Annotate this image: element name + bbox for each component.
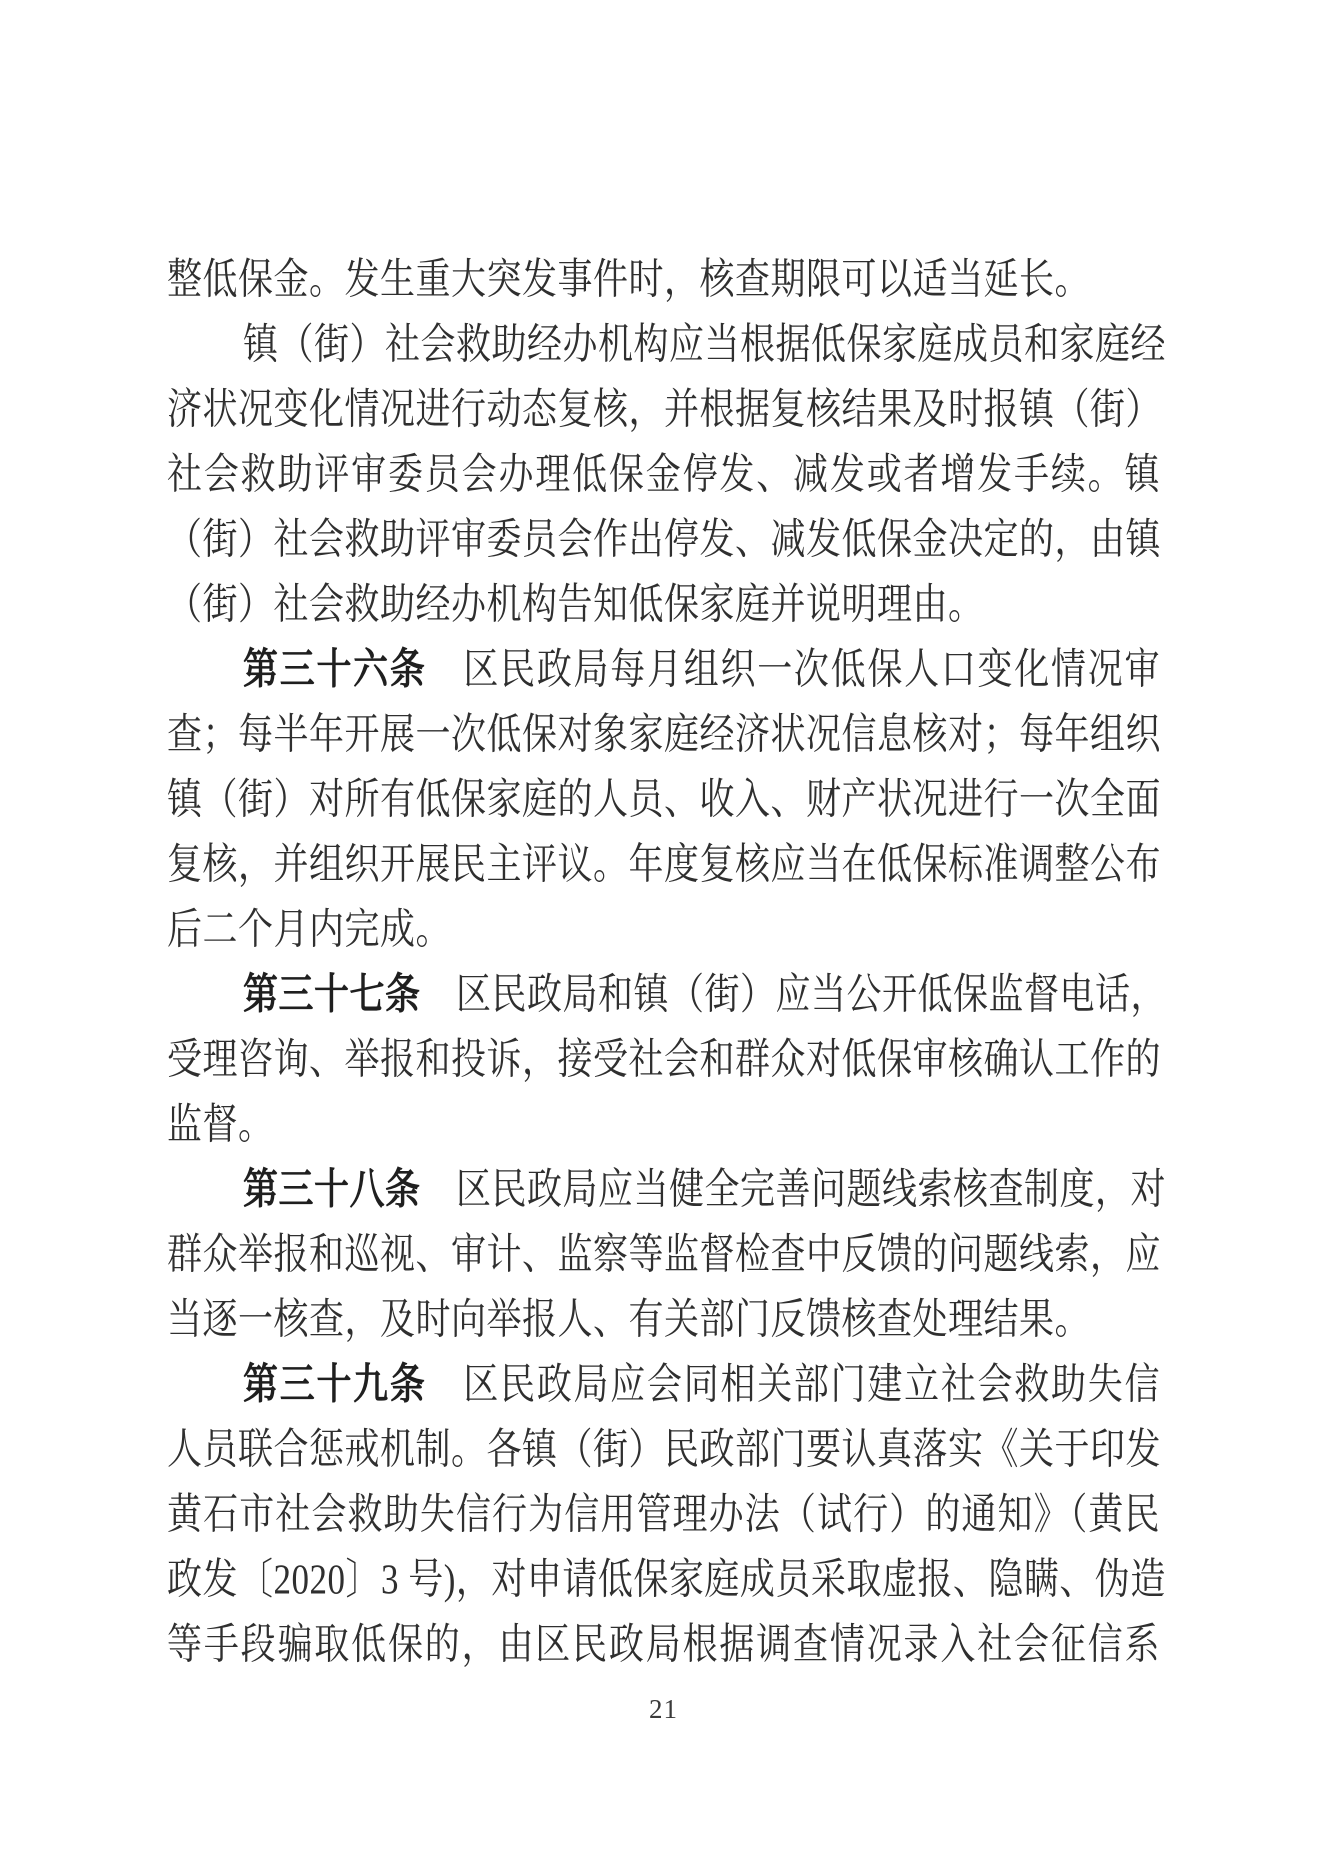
line-text: 区民政局应会同相关部门建立社会救助失信: [427, 1361, 1160, 1409]
text-line: 等手段骗取低保的，由区民政局根据调查情况录入社会征信系: [167, 1605, 1160, 1684]
line-text: 当逐一核查，及时向举报人、有关部门反馈核查处理结果。: [167, 1296, 1090, 1344]
article-number: 第三十八条: [243, 1166, 421, 1214]
article-number: 第三十九条: [243, 1361, 427, 1409]
line-text: （街）社会救助评审委员会作出停发、减发低保金决定的，由镇: [167, 516, 1161, 564]
article-number: 第三十六条: [243, 646, 427, 694]
line-text: 复核，并组织开展民主评议。年度复核应当在低保标准调整公布: [167, 841, 1161, 889]
article-number: 第三十七条: [243, 971, 421, 1019]
line-text: 黄石市社会救助失信行为信用管理办法（试行）的通知》（黄民: [167, 1491, 1160, 1539]
line-text: 区民政局和镇（街）应当公开低保监督电话，: [421, 971, 1167, 1019]
document-text-block: 整低保金。发生重大突发事件时，核查期限可以适当延长。 镇（街）社会救助经办机构应…: [167, 247, 1160, 1677]
line-text: 镇（街）对所有低保家庭的人员、收入、财产状况进行一次全面: [167, 776, 1161, 824]
line-text: 等手段骗取低保的，由区民政局根据调查情况录入社会征信系: [167, 1621, 1160, 1669]
line-text: （街）社会救助经办机构告知低保家庭并说明理由。: [167, 581, 984, 629]
line-text: 社会救助评审委员会办理低保金停发、减发或者增发手续。镇: [167, 451, 1160, 499]
line-text: 人员联合惩戒机制。各镇（街）民政部门要认真落实《关于印发: [167, 1426, 1161, 1474]
line-text: 查；每半年开展一次低保对象家庭经济状况信息核对；每年组织: [167, 711, 1161, 759]
line-text: 监督。: [167, 1101, 274, 1149]
document-page: 整低保金。发生重大突发事件时，核查期限可以适当延长。 镇（街）社会救助经办机构应…: [0, 0, 1327, 1873]
line-text: 整低保金。发生重大突发事件时，核查期限可以适当延长。: [167, 256, 1090, 304]
line-text: 区民政局每月组织一次低保人口变化情况审: [427, 646, 1160, 694]
line-text: 后二个月内完成。: [167, 906, 451, 954]
page-number: 21: [0, 1694, 1327, 1725]
line-text: 济状况变化情况进行动态复核，并根据复核结果及时报镇（街）: [167, 386, 1161, 434]
line-text: 镇（街）社会救助经办机构应当根据低保家庭成员和家庭经: [243, 321, 1166, 369]
line-text: 群众举报和巡视、审计、监察等监督检查中反馈的问题线索，应: [167, 1231, 1161, 1279]
line-text: 区民政局应当健全完善问题线索核查制度，对: [421, 1166, 1167, 1214]
line-text: 受理咨询、举报和投诉，接受社会和群众对低保审核确认工作的: [167, 1036, 1161, 1084]
line-text: 政发〔2020〕3 号)，对申请低保家庭成员采取虚报、隐瞒、伪造: [167, 1556, 1166, 1604]
